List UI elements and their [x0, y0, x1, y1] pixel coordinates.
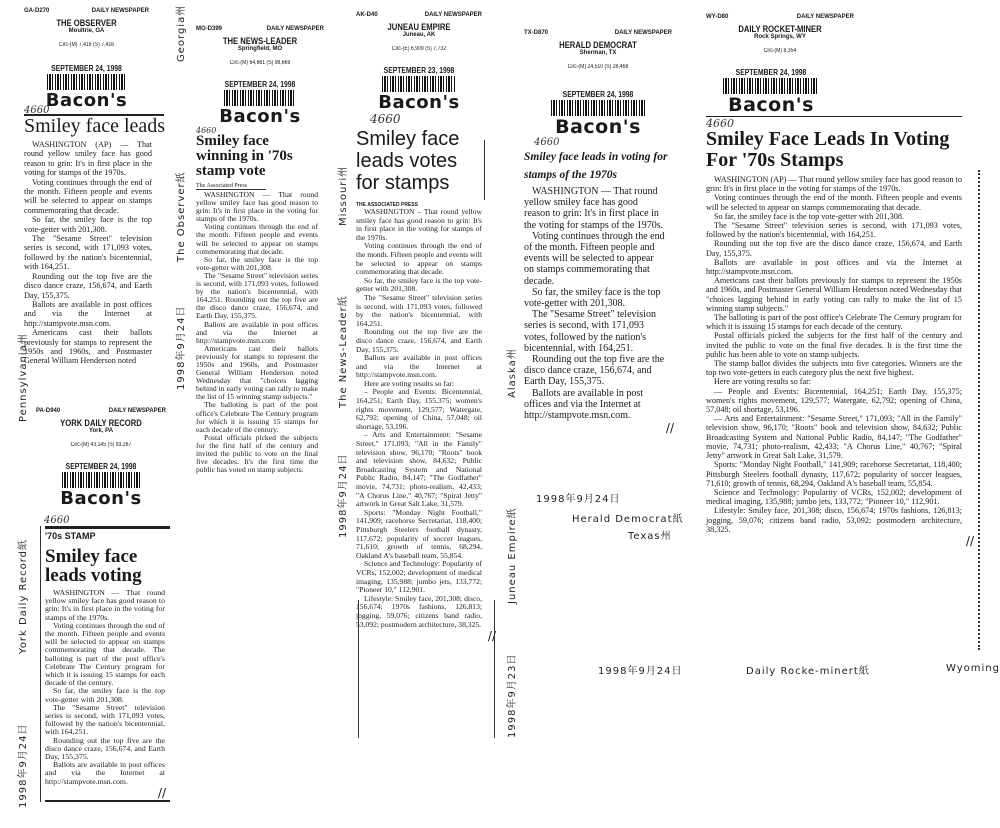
clip-date: SEPTEMBER 24, 1998 [206, 80, 315, 89]
barcode [47, 74, 127, 90]
barcode [62, 472, 140, 488]
paper-city: Moultrie, GA [24, 28, 149, 34]
clipping-header: TX-D870 DAILY NEWSPAPER HERALD DEMOCRAT … [524, 30, 672, 70]
hand-number: 4660 [44, 516, 166, 526]
label-state-missouri: Missouri州 [334, 166, 349, 226]
clipping-header: AK-D40 DAILY NEWSPAPER JUNEAU EMPIRE Jun… [356, 12, 482, 52]
paper-name: THE OBSERVER [33, 8, 139, 28]
article-paragraph: So far, the smiley face is the top vote-… [706, 212, 962, 221]
article-paragraph: – Arts and Entertainment: "Sesame Street… [356, 431, 482, 508]
label-state-alaska: Alaska州 [503, 348, 518, 398]
article-paragraph: — People and Events: Bicentennial, 164,2… [706, 387, 962, 415]
article-body: WASHINGTON – That round yellow smiley fa… [356, 208, 482, 629]
paper-city: Sherman, TX [524, 50, 672, 56]
article-paragraph: Ballots are available in post offices an… [24, 300, 152, 328]
clipping-header: PA-D940 DAILY NEWSPAPER YORK DAILY RECOR… [36, 408, 166, 448]
circulation: Circ-(M) 64,661 (S) 98,669 [206, 60, 315, 66]
article-paragraph: – People and Events: Bicentennial, 164,2… [356, 388, 482, 431]
label-state-pennsylvania: Pennsylvania州 [14, 333, 29, 422]
headline: Smiley face leads in voting for stamps o… [524, 148, 674, 184]
article-body: WASHINGTON — That round yellow smiley fa… [45, 589, 165, 786]
article-paragraph: Ballots are available in post offices an… [45, 761, 165, 786]
clipping-news-leader: MO-D399 DAILY NEWSPAPER THE NEWS-LEADER … [196, 26, 324, 474]
end-mark: // [966, 534, 974, 548]
headline: Smiley Face Leads In Voting For '70s Sta… [706, 129, 966, 171]
paper-name: JUNEAU EMPIRE [365, 12, 472, 32]
bacons-logo: Bacon's [524, 116, 672, 138]
article-paragraph: WASHINGTON – That round yellow smiley fa… [356, 208, 482, 242]
circulation: Circ-(E) 6,909 (S) 7,732 [365, 46, 472, 52]
article-paragraph: Rounding out the top five are the disco … [356, 328, 482, 354]
circulation: Circ-(M) 7,416 (S) 7,416 [33, 42, 139, 48]
barcode [551, 100, 645, 116]
clipping-the-observer: GA-D270 DAILY NEWSPAPER THE OBSERVER Mou… [24, 8, 164, 366]
article-paragraph: — Arts and Entertainment: "Sesame Street… [706, 414, 962, 460]
paper-city: Rock Springs, WY [706, 34, 854, 40]
end-mark: // [666, 421, 674, 435]
article-paragraph: So far, the smiley face is the top vote-… [45, 687, 165, 703]
byline: The Associated Press [196, 183, 266, 190]
article-paragraph: So far, the smiley face is the top vote-… [24, 215, 152, 234]
label-date-news-leader: 1998年9月24日 [334, 453, 349, 538]
article-paragraph: Americans cast their ballots previously … [706, 276, 962, 313]
article-paragraph: Americans cast their ballots previously … [24, 328, 152, 366]
bacons-logo: Bacon's [706, 94, 836, 116]
label-state-texas: Texas州 [628, 527, 672, 542]
clip-date: SEPTEMBER 24, 1998 [535, 90, 661, 99]
hand-number: 4660 [370, 114, 496, 124]
article-paragraph: Voting continues through the end of the … [24, 178, 152, 216]
circulation: Circ-(M) 8,354 [717, 48, 843, 54]
article-paragraph: Rounding out the top five are the disco … [706, 239, 962, 257]
article-paragraph: Postal officials picked the subjects for… [706, 331, 962, 359]
article-paragraph: So far, the smiley face is the top vote-… [524, 287, 666, 309]
label-paper-news-leader: The News-Leader紙 [334, 295, 349, 408]
article-paragraph: Rounding out the top five are the disco … [24, 272, 152, 300]
article-paragraph: The "Sesame Street" television series is… [356, 294, 482, 328]
bacons-logo: Bacon's [356, 92, 482, 114]
article-paragraph: Ballots are available in post offices an… [524, 388, 666, 422]
label-date-herald: 1998年9月24日 [536, 490, 621, 505]
headline: Smiley face leads votes for stamps [356, 128, 468, 194]
clip-date: SEPTEMBER 23, 1998 [365, 66, 472, 75]
article-paragraph: Voting continues through the end of the … [356, 242, 482, 276]
headline: Smiley face winning in '70s stamp vote [196, 134, 324, 179]
article-paragraph: The "Sesame Street" television series is… [24, 234, 152, 272]
clipping-header: WY-D80 DAILY NEWSPAPER DAILY ROCKET-MINE… [706, 14, 854, 54]
article-paragraph: So far, the smiley face is the top vote-… [356, 277, 482, 294]
clipping-juneau-empire: AK-D40 DAILY NEWSPAPER JUNEAU EMPIRE Jun… [356, 12, 496, 643]
label-paper-herald: Herald Democrat紙 [572, 510, 684, 525]
article-paragraph: Ballots are available in post offices an… [706, 258, 962, 276]
clip-date: SEPTEMBER 24, 1998 [33, 64, 139, 73]
barcode [382, 76, 456, 92]
label-state-wyoming: Wyoming州 [946, 659, 1000, 674]
paper-name: YORK DAILY RECORD [46, 408, 157, 428]
article-paragraph: Science and Technology: Popularity of VC… [706, 488, 962, 506]
paper-city: York, PA [36, 428, 166, 434]
label-date-observer: 1998年9月24日 [172, 305, 187, 390]
headline: Smiley face leads [24, 116, 164, 136]
article-paragraph: Here are voting results so far: [706, 377, 962, 386]
article-paragraph: The balloting is part of the post office… [706, 313, 962, 331]
label-paper-juneau: Juneau Empire紙 [503, 507, 518, 604]
article-paragraph: WASHINGTON — That round yellow smiley fa… [45, 589, 165, 622]
bacons-logo: Bacon's [36, 488, 166, 510]
article-paragraph: Voting continues through the end of the … [196, 223, 318, 255]
label-state-georgia: Georgia州 [172, 5, 187, 62]
circulation: Circ-(M) 43,145 (S) 93,267 [46, 442, 157, 448]
circulation: Circ-(M) 24,510 (S) 28,468 [535, 64, 661, 70]
label-date-rocket-miner: 1998年9月24日 [598, 662, 683, 677]
paper-city: Springfield, MO [196, 46, 324, 52]
article-paragraph: So far, the smiley face is the top vote-… [196, 256, 318, 272]
article-body: WASHINGTON (AP) — That round yellow smil… [706, 175, 962, 534]
barcode [723, 78, 819, 94]
paper-name: DAILY ROCKET-MINER [717, 14, 843, 34]
article-body: WASHINGTON — That round yellow smiley fa… [196, 191, 318, 474]
article-paragraph: Postal officials picked the subjects for… [196, 434, 318, 474]
article-paragraph: Voting continues through the end of the … [706, 193, 962, 211]
article-paragraph: WASHINGTON — That round yellow smiley fa… [524, 186, 666, 231]
label-paper-york: York Daily Record紙 [14, 539, 29, 654]
article-paragraph: Voting continues through the end of the … [45, 622, 165, 688]
article-paragraph: WASHINGTON — That round yellow smiley fa… [196, 191, 318, 223]
article-paragraph: The "Sesame Street" television series is… [196, 272, 318, 321]
article-paragraph: Rounding out the top five are the disco … [524, 354, 666, 388]
label-date-york: 1998年9月24日 [14, 723, 29, 808]
label-date-juneau: 1998年9月23日 [503, 653, 518, 738]
article-paragraph: Lifestyle: Smiley face, 201,308; disco, … [356, 595, 482, 629]
article-paragraph: Ballots are available in post offices an… [356, 354, 482, 380]
article-paragraph: The "Sesame Street" television series is… [706, 221, 962, 239]
article-paragraph: Lifestyle: Smiley face, 201,308; disco, … [706, 506, 962, 534]
paper-name: THE NEWS-LEADER [206, 26, 315, 46]
article-body: WASHINGTON — That round yellow smiley fa… [524, 186, 666, 421]
article-paragraph: WASHINGTON (AP) — That round yellow smil… [706, 175, 962, 193]
kicker: '70s STAMP [45, 532, 166, 541]
article-paragraph: The "Sesame Street" television series is… [524, 309, 666, 354]
clipping-header: GA-D270 DAILY NEWSPAPER THE OBSERVER Mou… [24, 8, 149, 48]
article-paragraph: Science and Technology: Popularity of VC… [356, 560, 482, 594]
paper-name: HERALD DEMOCRAT [535, 30, 661, 50]
barcode [224, 90, 296, 106]
article-paragraph: The "Sesame Street" television series is… [45, 704, 165, 737]
article-paragraph: WASHINGTON (AP) — That round yellow smil… [24, 140, 152, 178]
hand-number: 4660 [534, 138, 674, 148]
clipping-header: MO-D399 DAILY NEWSPAPER THE NEWS-LEADER … [196, 26, 324, 66]
article-paragraph: Voting continues through the end of the … [524, 231, 666, 287]
clipping-york-daily-record: PA-D940 DAILY NEWSPAPER YORK DAILY RECOR… [36, 408, 166, 802]
clipping-daily-rocket-miner: WY-D80 DAILY NEWSPAPER DAILY ROCKET-MINE… [706, 14, 974, 548]
article-paragraph: Ballots are available in post offices an… [196, 321, 318, 345]
headline: Smiley face leads voting [45, 547, 155, 585]
bacons-logo: Bacon's [196, 106, 324, 128]
article-paragraph: Sports: "Monday Night Football," 141,909… [706, 460, 962, 488]
label-paper-observer: The Observer紙 [172, 171, 187, 262]
end-mark: // [158, 786, 166, 800]
label-paper-rocket-miner: Daily Rocke-minert紙 [746, 662, 870, 677]
article-paragraph: Sports: "Monday Night Football," 141,909… [356, 509, 482, 561]
article-paragraph: Americans cast their ballots previously … [196, 345, 318, 402]
paper-city: Juneau, AK [356, 32, 482, 38]
clip-date: SEPTEMBER 24, 1998 [716, 68, 827, 77]
article-paragraph: Rounding out the top five are the disco … [45, 737, 165, 762]
clipping-herald-democrat: TX-D870 DAILY NEWSPAPER HERALD DEMOCRAT … [524, 30, 674, 435]
article-body: WASHINGTON (AP) — That round yellow smil… [24, 140, 152, 366]
clip-date: SEPTEMBER 24, 1998 [46, 462, 157, 471]
article-paragraph: The balloting is part of the post office… [196, 401, 318, 433]
article-paragraph: The stamp ballot divides the subjects in… [706, 359, 962, 377]
